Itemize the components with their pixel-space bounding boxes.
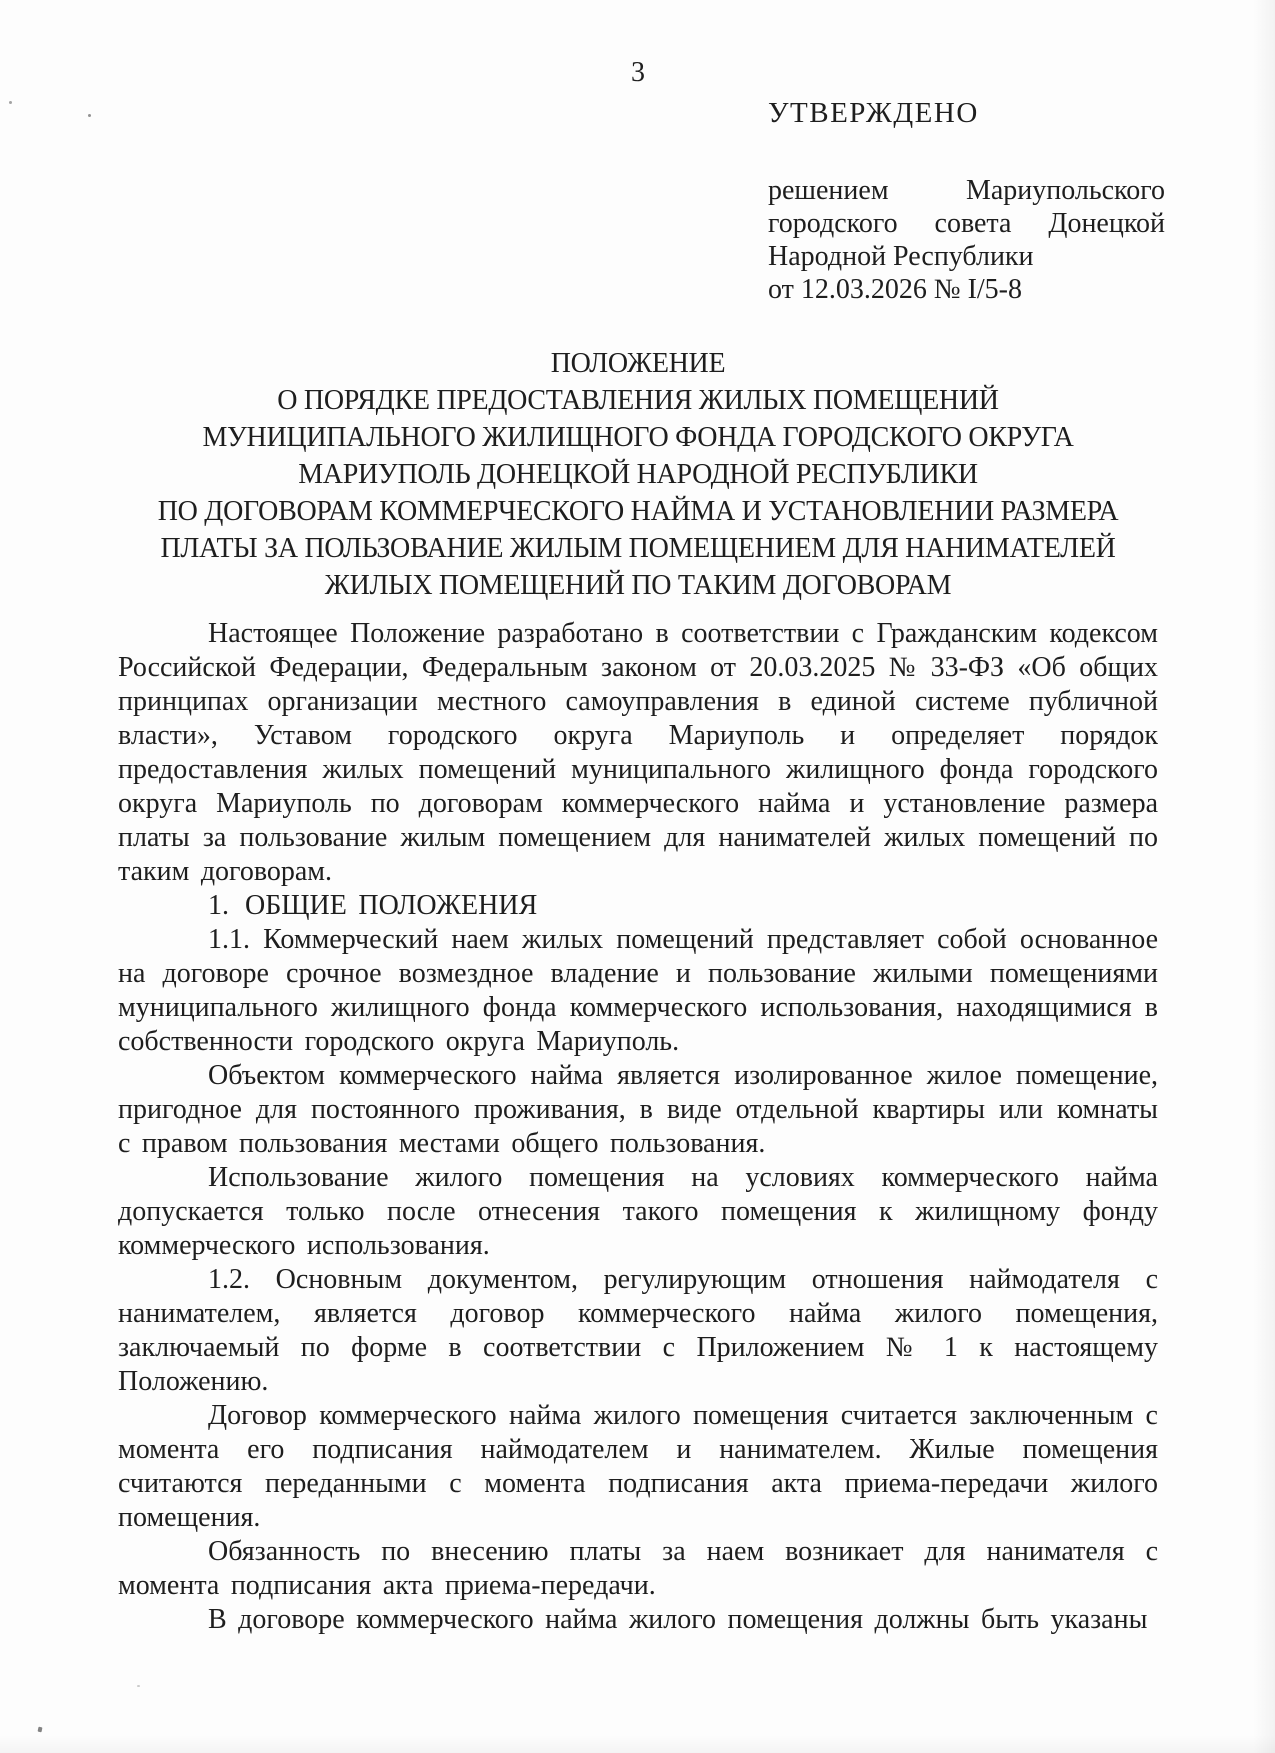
- approval-line: от 12.03.2026 № I/5-8: [768, 273, 1165, 306]
- body-paragraph: Объектом коммерческого найма является из…: [118, 1059, 1158, 1161]
- body-paragraph: 1.2. Основным документом, регулирующим о…: [118, 1263, 1158, 1399]
- section-heading-text: ОБЩИЕ ПОЛОЖЕНИЯ: [245, 890, 537, 921]
- approval-line: городского совета Донецкой: [768, 207, 1165, 240]
- section-heading: 1.ОБЩИЕ ПОЛОЖЕНИЯ: [118, 889, 1158, 923]
- title-line: ПОЛОЖЕНИЕ: [118, 345, 1158, 382]
- title-line: ЖИЛЫХ ПОМЕЩЕНИЙ ПО ТАКИМ ДОГОВОРАМ: [118, 567, 1158, 604]
- title-line: МАРИУПОЛЬ ДОНЕЦКОЙ НАРОДНОЙ РЕСПУБЛИКИ: [118, 456, 1158, 493]
- body-paragraph: Договор коммерческого найма жилого помещ…: [118, 1399, 1158, 1535]
- scan-speck: [9, 101, 12, 104]
- body-paragraph: Обязанность по внесению платы за наем во…: [118, 1535, 1158, 1603]
- scan-speck: [38, 1727, 43, 1733]
- body-paragraph: Использование жилого помещения на услови…: [118, 1161, 1158, 1263]
- document-title: ПОЛОЖЕНИЕ О ПОРЯДКЕ ПРЕДОСТАВЛЕНИЯ ЖИЛЫХ…: [118, 345, 1158, 604]
- approval-block: УТВЕРЖДЕНО решением Мариупольского город…: [768, 97, 1165, 306]
- document-page: 3 УТВЕРЖДЕНО решением Мариупольского гор…: [0, 0, 1275, 1753]
- scan-speck: [137, 1685, 140, 1687]
- document-body: Настоящее Положение разработано в соотве…: [118, 617, 1158, 1637]
- title-line: О ПОРЯДКЕ ПРЕДОСТАВЛЕНИЯ ЖИЛЫХ ПОМЕЩЕНИЙ: [118, 382, 1158, 419]
- approval-line: решением Мариупольского: [768, 174, 1165, 207]
- page-number: 3: [118, 56, 1158, 90]
- scan-speck: [88, 114, 91, 117]
- title-line: ПЛАТЫ ЗА ПОЛЬЗОВАНИЕ ЖИЛЫМ ПОМЕЩЕНИЕМ ДЛ…: [118, 530, 1158, 567]
- intro-paragraph: Настоящее Положение разработано в соотве…: [118, 617, 1158, 889]
- body-paragraph: 1.1. Коммерческий наем жилых помещений п…: [118, 923, 1158, 1059]
- title-line: ПО ДОГОВОРАМ КОММЕРЧЕСКОГО НАЙМА И УСТАН…: [118, 493, 1158, 530]
- approval-line: Народной Республики: [768, 240, 1165, 273]
- section-number: 1.: [208, 890, 229, 921]
- title-line: МУНИЦИПАЛЬНОГО ЖИЛИЩНОГО ФОНДА ГОРОДСКОГ…: [118, 419, 1158, 456]
- body-paragraph: В договоре коммерческого найма жилого по…: [118, 1603, 1158, 1637]
- approved-stamp-label: УТВЕРЖДЕНО: [768, 97, 1165, 130]
